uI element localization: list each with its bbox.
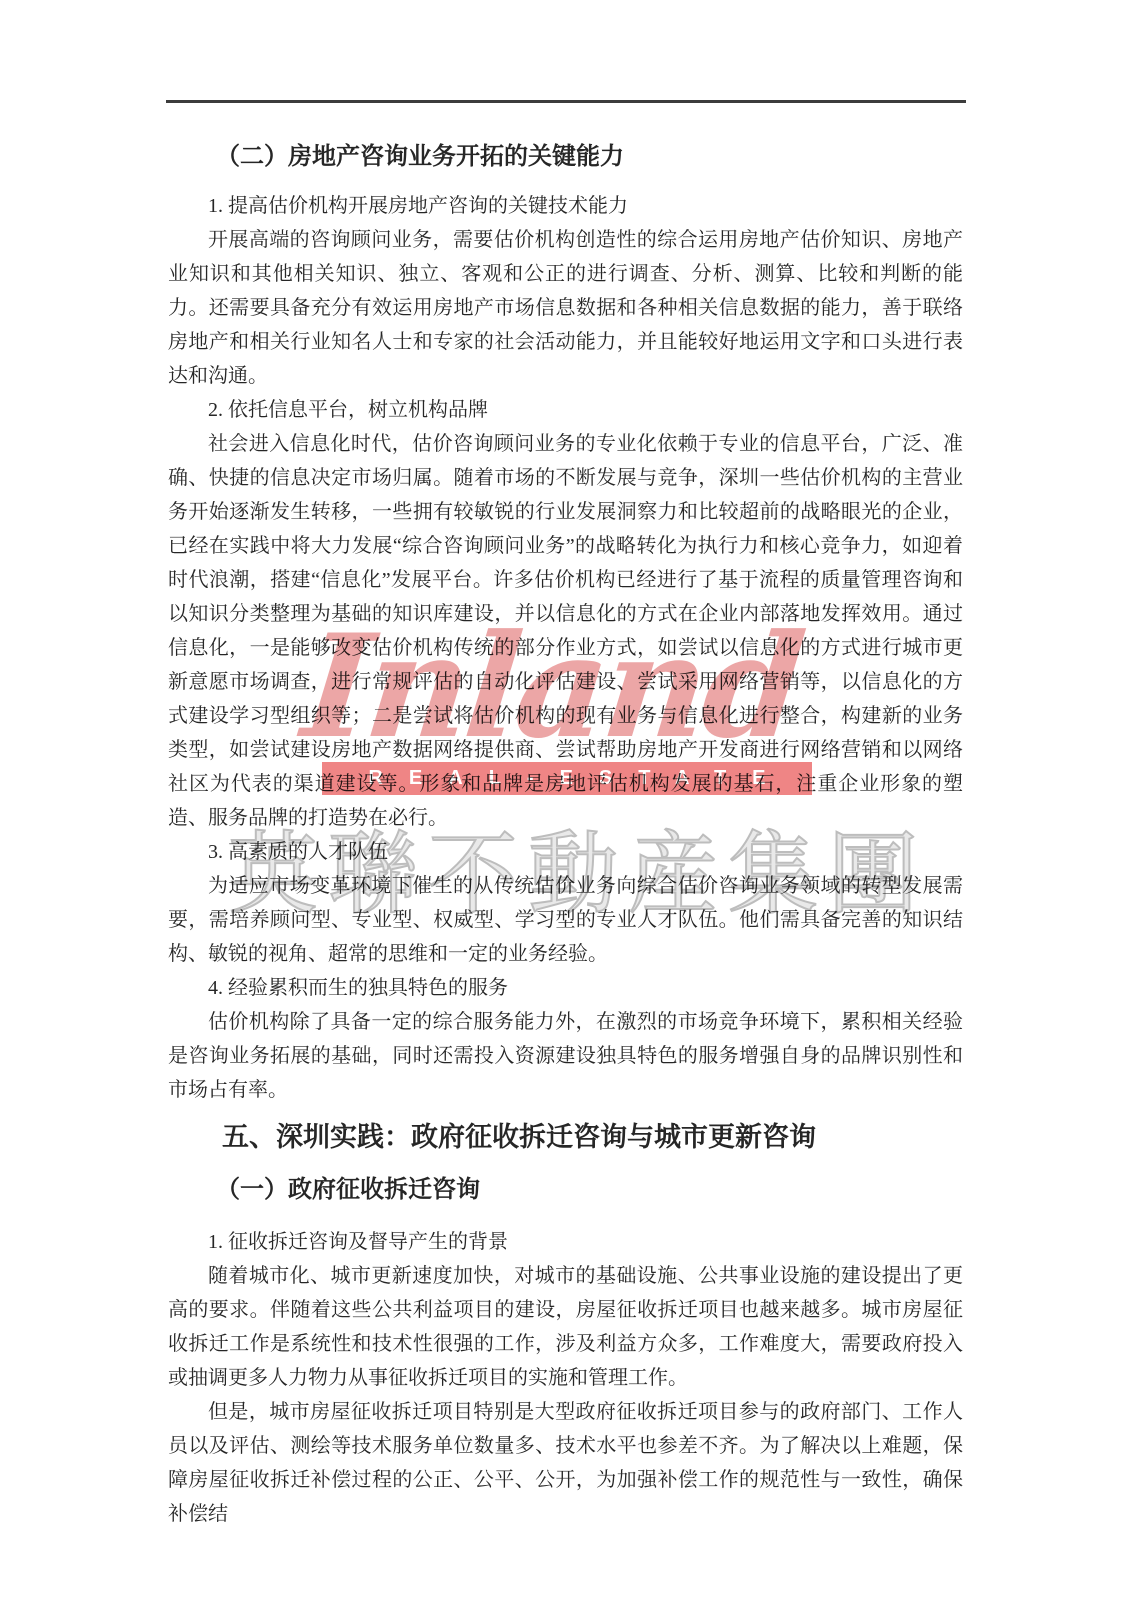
numbered-subheading: 1. 征收拆迁咨询及督导产生的背景 bbox=[168, 1225, 963, 1259]
section-heading: （二）房地产咨询业务开拓的关键能力 bbox=[168, 140, 963, 174]
paragraph: 社会进入信息化时代，估价咨询顾问业务的专业化依赖于专业的信息平台，广泛、准确、快… bbox=[168, 427, 963, 835]
numbered-subheading: 2. 依托信息平台，树立机构品牌 bbox=[168, 393, 963, 427]
paragraph: 为适应市场变革环境下催生的从传统估价业务向综合估价咨询业务领域的转型发展需要，需… bbox=[168, 869, 963, 971]
numbered-subheading: 4. 经验累积而生的独具特色的服务 bbox=[168, 971, 963, 1005]
chapter-heading: 五、深圳实践：政府征收拆迁咨询与城市更新咨询 bbox=[168, 1117, 963, 1157]
paragraph: 开展高端的咨询顾问业务，需要估价机构创造性的综合运用房地产估价知识、房地产业知识… bbox=[168, 223, 963, 393]
numbered-subheading: 3. 高素质的人才队伍 bbox=[168, 835, 963, 869]
document-page: （二）房地产咨询业务开拓的关键能力1. 提高估价机构开展房地产咨询的关键技术能力… bbox=[0, 0, 1131, 1600]
paragraph: 估价机构除了具备一定的综合服务能力外，在激烈的市场竞争环境下，累积相关经验是咨询… bbox=[168, 1005, 963, 1107]
section-heading: （一）政府征收拆迁咨询 bbox=[168, 1173, 963, 1207]
document-body: （二）房地产咨询业务开拓的关键能力1. 提高估价机构开展房地产咨询的关键技术能力… bbox=[168, 126, 963, 1531]
horizontal-rule bbox=[166, 100, 966, 103]
paragraph: 但是，城市房屋征收拆迁项目特别是大型政府征收拆迁项目参与的政府部门、工作人员以及… bbox=[168, 1395, 963, 1531]
numbered-subheading: 1. 提高估价机构开展房地产咨询的关键技术能力 bbox=[168, 189, 963, 223]
paragraph: 随着城市化、城市更新速度加快，对城市的基础设施、公共事业设施的建设提出了更高的要… bbox=[168, 1259, 963, 1395]
